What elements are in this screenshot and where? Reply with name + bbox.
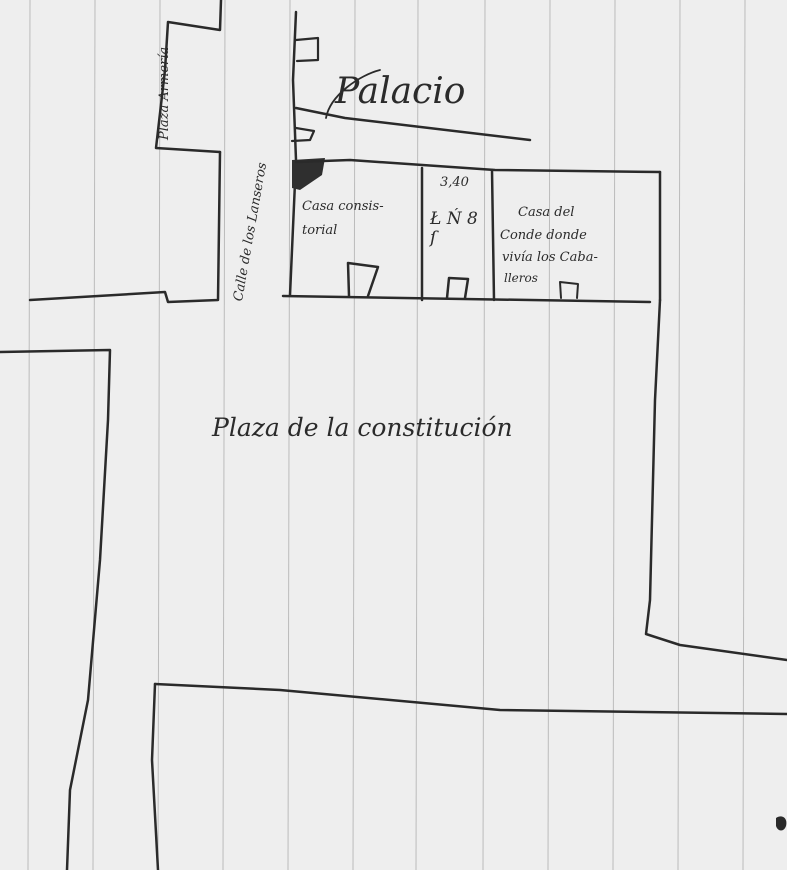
casa-consistorial-line2: torial xyxy=(302,224,337,238)
middle-lot-marks: Ł Ń 8 ſ xyxy=(430,210,480,247)
map-sheet: Palacio Plaza Armería Calle de los Lanse… xyxy=(0,0,787,870)
casa-consistorial-line1: Casa consis- xyxy=(302,200,384,214)
middle-lot-measure: 3,40 xyxy=(440,176,469,190)
block-top-left xyxy=(30,0,221,302)
palace-label: Palacio xyxy=(335,72,465,112)
casa-conde-line1: Casa del xyxy=(518,206,574,220)
ink-blot xyxy=(776,816,786,830)
plaza-outline xyxy=(0,300,787,870)
casa-conde-line2: Conde donde xyxy=(500,229,587,243)
casa-conde-line3: vivía los Caba- xyxy=(502,251,598,265)
plaza-label: Plaza de la constitución xyxy=(212,414,513,442)
block-top-left-label: Plaza Armería xyxy=(158,47,172,140)
casa-conde-line4: lleros xyxy=(504,272,538,285)
